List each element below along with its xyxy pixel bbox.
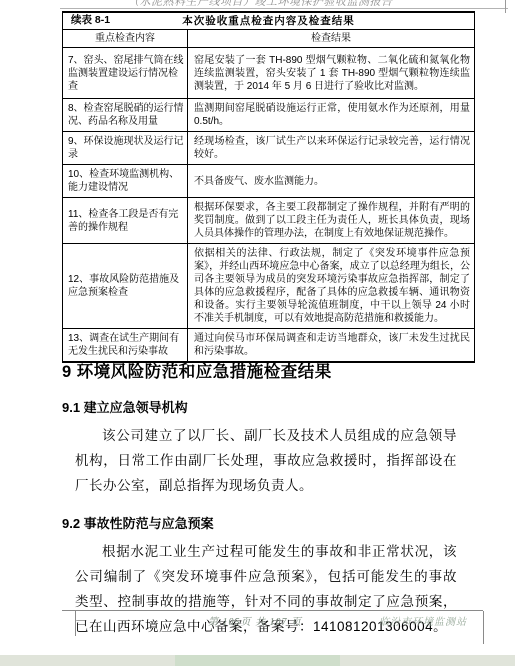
table-row: 8、检查窑尾脱硝的运行情况、药品名称及用量 监测期间窑尾脱硝设施运行正常，使用氨…: [63, 99, 474, 132]
page-number: 第 105页 共 107 页: [160, 613, 350, 628]
column-header-item: 重点检查内容: [63, 30, 188, 47]
table-caption-title: 本次验收重点检查内容及检查结果: [182, 15, 355, 28]
check-result-cell: 不具备废气、废水监测能力。: [188, 172, 474, 191]
section-heading-9: 9 环境风险防范和应急措施检查结果: [62, 358, 515, 382]
paragraph-9-1: 该公司建立了以厂长、副厂长及技术人员组成的应急领导机构，日常工作由副厂长处理，事…: [75, 423, 457, 498]
document-page: （水泥熟料生产线项目）竣工环境保护验收监测报告 续表 8-1 本次验收重点检查内…: [0, 0, 515, 666]
footer-divider-line: [62, 610, 483, 611]
footer-margin-mark-left: [75, 611, 76, 636]
check-result-cell: 窑尾安装了一套 TH-890 型烟气颗粒物、二氧化硫和氮氧化物连续监测装置，窑头…: [188, 51, 474, 96]
table-row: 9、环保设施现状及运行记录 经现场检查，该厂试生产以来环保运行记录较完善，运行情…: [63, 132, 474, 165]
footer-organization: 临汾市环境监测站: [368, 613, 478, 628]
table-caption-label: 续表 8-1: [71, 14, 110, 27]
table-row: 10、检查环境监测机构、能力建设情况 不具备废气、废水监测能力。: [63, 165, 474, 198]
check-result-cell: 监测期间窑尾脱硝设施运行正常，使用氨水作为还原剂，用量 0.5t/h。: [188, 99, 474, 131]
check-item-cell: 11、检查各工段是否有完善的操作规程: [63, 198, 187, 243]
column-header-result: 检查结果: [188, 30, 474, 47]
report-body: 9 环境风险防范和应急措施检查结果 9.1 建立应急领导机构 该公司建立了以厂长…: [0, 330, 515, 639]
header-margin-mark: [505, 0, 506, 13]
check-item-cell: 9、环保设施现状及运行记录: [63, 132, 187, 164]
running-header-text: （水泥熟料生产线项目）竣工环境保护验收监测报告: [128, 0, 428, 8]
check-item-cell: 10、检查环境监测机构、能力建设情况: [63, 165, 187, 197]
running-header: （水泥熟料生产线项目）竣工环境保护验收监测报告: [128, 0, 428, 8]
check-item-cell: 7、窑头、窑尾排气筒在线监测装置建设运行情况检查: [63, 48, 187, 98]
section-heading-9-2: 9.2 事故性防范与应急预案: [62, 513, 515, 532]
check-result-cell: 经现场检查，该厂试生产以来环保运行记录较完善，运行情况较好。: [188, 132, 474, 164]
footer-margin-mark-right: [483, 611, 484, 644]
section-heading-9-1: 9.1 建立应急领导机构: [62, 397, 515, 416]
check-result-cell: 依据相关的法律、行政法规，制定了《突发环境事件应急预案》，并经山西环境应急中心备…: [188, 244, 474, 328]
table-row: 7、窑头、窑尾排气筒在线监测装置建设运行情况检查 窑尾安装了一套 TH-890 …: [63, 48, 474, 99]
table-row: 11、检查各工段是否有完善的操作规程 根据环保要求，各主要工段都制定了操作规程，…: [63, 198, 474, 244]
check-item-cell: 12、事故风险防范措施及应急预案检查: [63, 244, 187, 328]
table-caption-row: 续表 8-1 本次验收重点检查内容及检查结果: [63, 13, 474, 30]
table-header-row: 重点检查内容 检查结果: [63, 30, 474, 48]
desktop-background-accent: [175, 655, 340, 666]
header-divider-line: [60, 8, 508, 9]
inspection-results-table: 续表 8-1 本次验收重点检查内容及检查结果 重点检查内容 检查结果 7、窑头、…: [62, 11, 475, 363]
check-result-cell: 根据环保要求，各主要工段都制定了操作规程，并附有严明的奖罚制度。做到了以工段主任…: [188, 198, 474, 243]
table-row: 12、事故风险防范措施及应急预案检查 依据相关的法律、行政法规，制定了《突发环境…: [63, 244, 474, 329]
check-item-cell: 8、检查窑尾脱硝的运行情况、药品名称及用量: [63, 99, 187, 131]
